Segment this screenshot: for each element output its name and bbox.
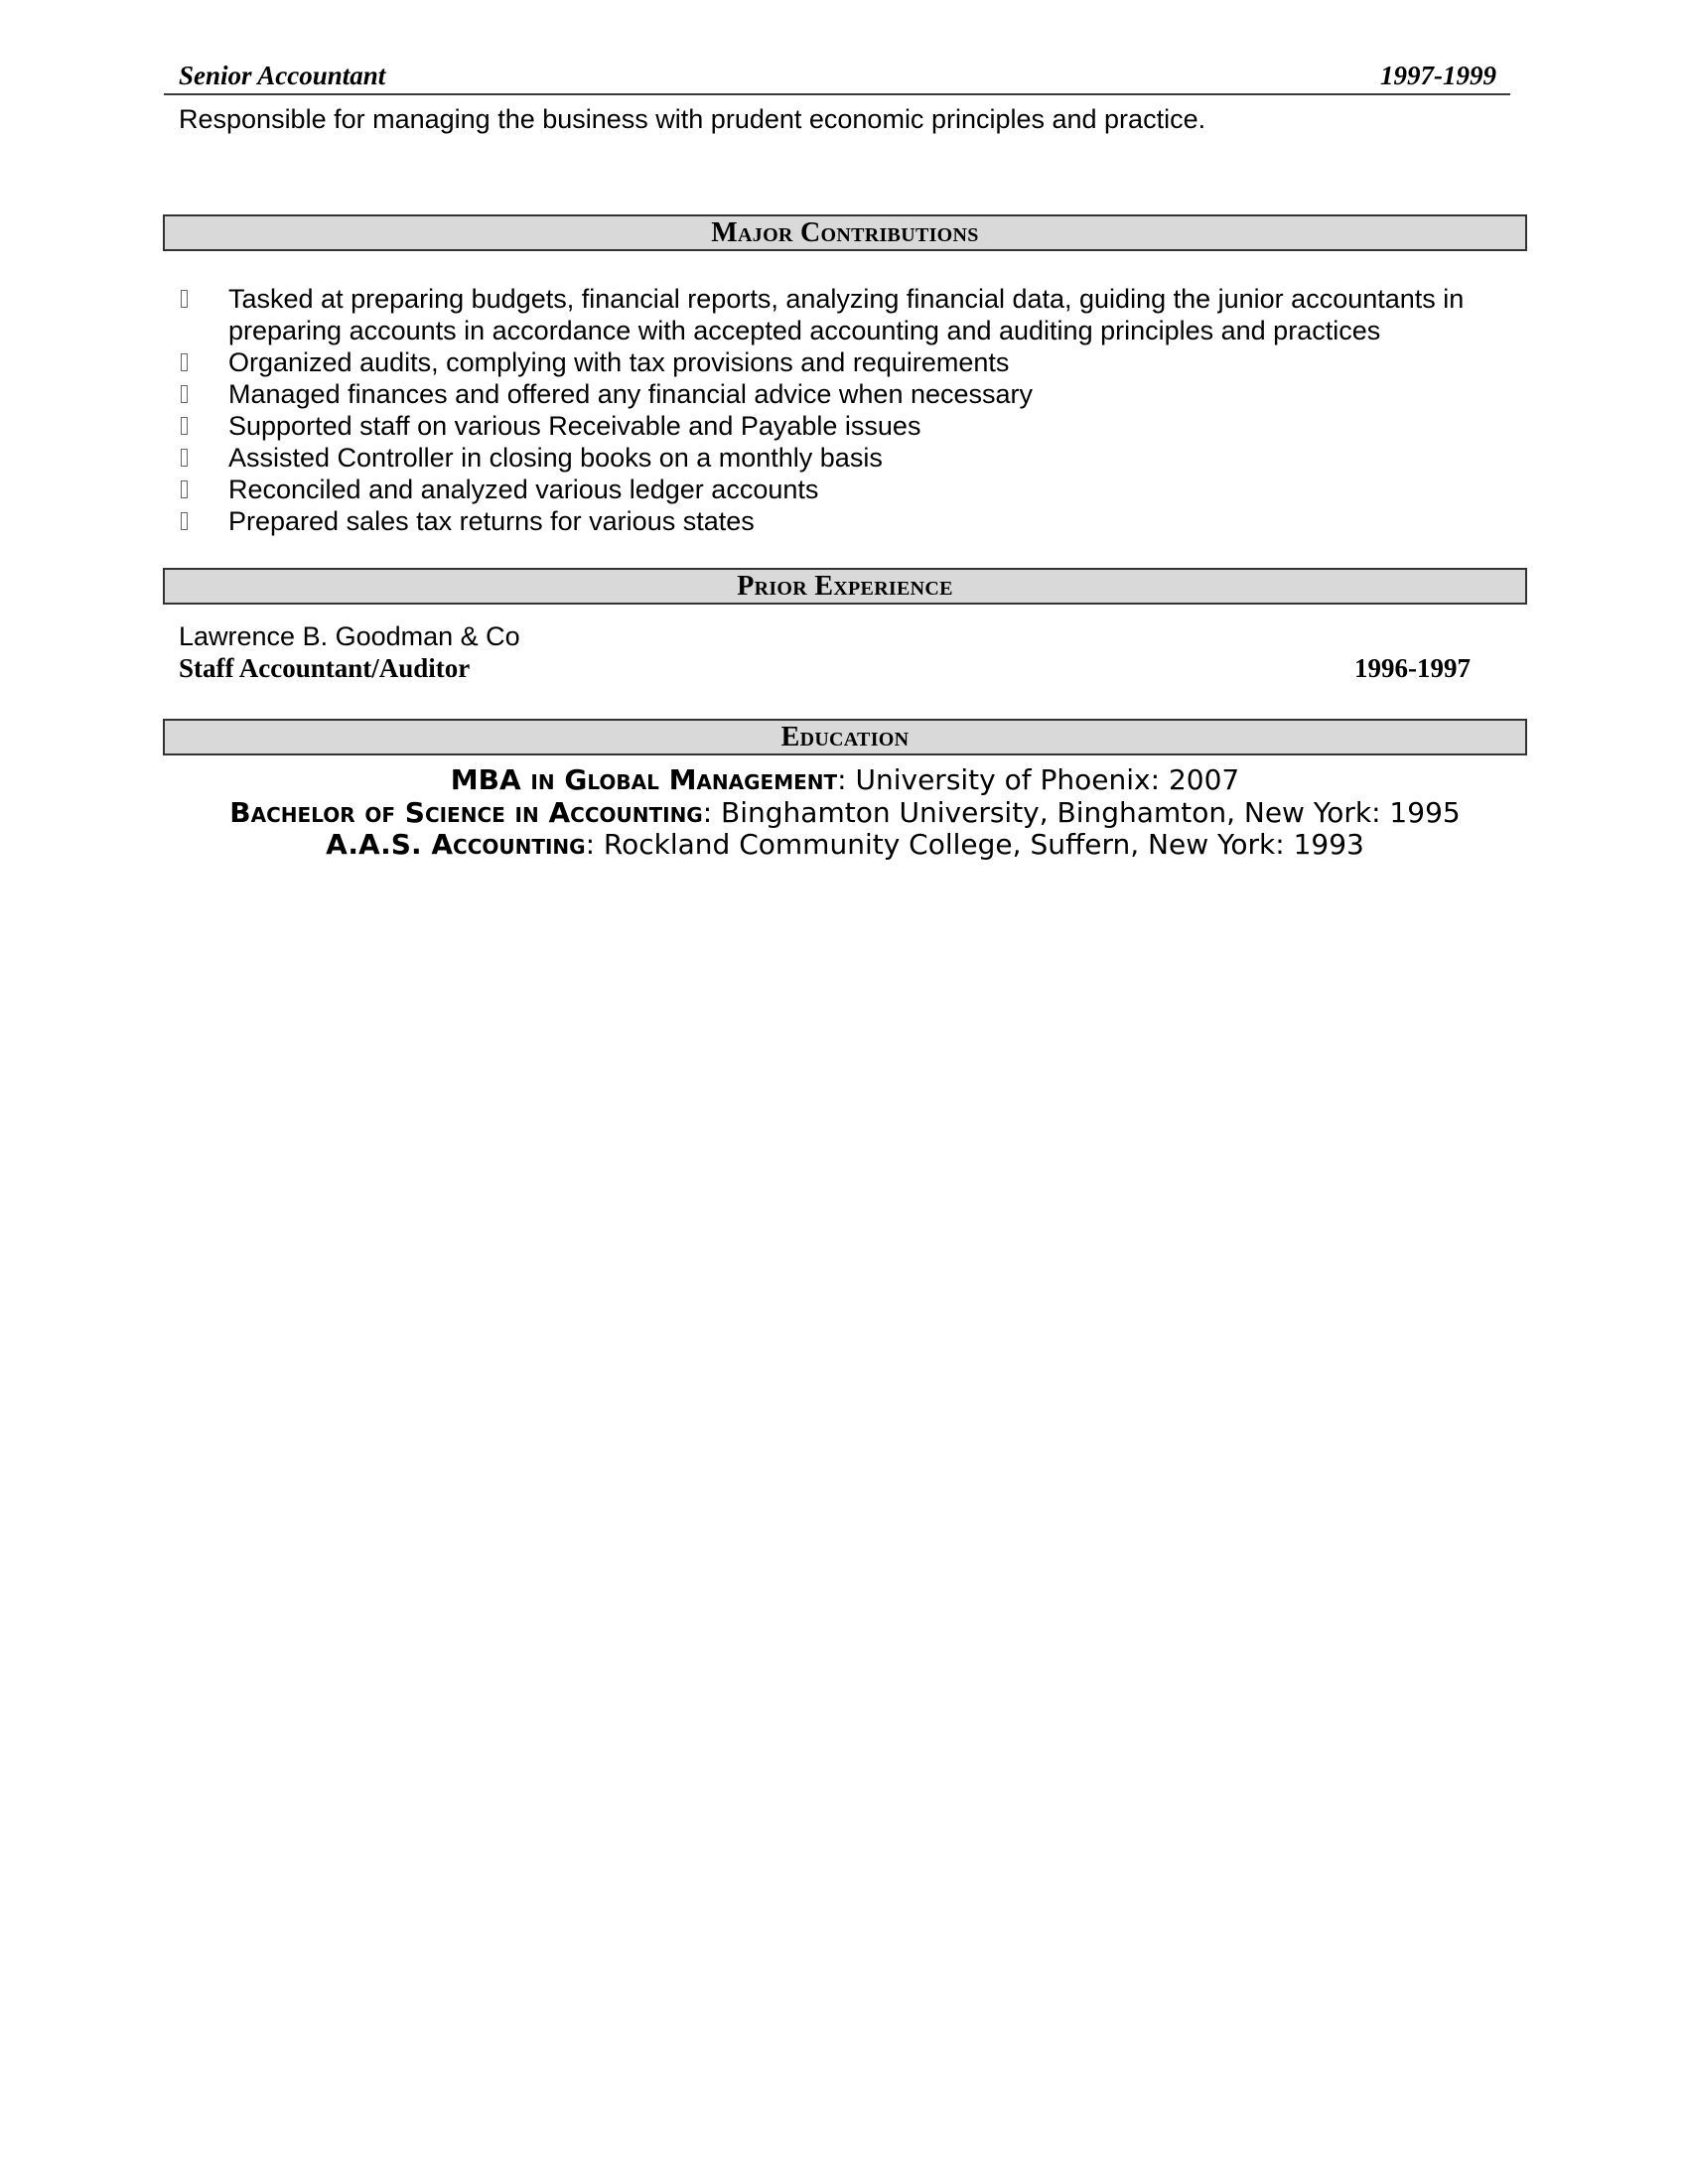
education-detail: : Binghamton University, Binghamton, New… (703, 796, 1461, 829)
education-entry: A.A.S. Accounting: Rockland Community Co… (163, 829, 1527, 862)
job-description: Responsible for managing the business wi… (179, 103, 1205, 135)
list-item: Prepared sales tax returns for various s… (179, 505, 1529, 537)
list-item-text: Organized audits, complying with tax pro… (228, 347, 1009, 377)
bullet-box-icon (181, 512, 188, 530)
education-detail: : Rockland Community College, Suffern, N… (586, 828, 1364, 861)
prior-company: Lawrence B. Goodman & Co (179, 620, 520, 652)
list-item-text: Managed finances and offered any financi… (228, 379, 1033, 409)
education-degree: A.A.S. Accounting (326, 828, 585, 861)
education-degree: Bachelor of Science in Accounting (229, 796, 702, 829)
education-degree: MBA in Global Management (451, 763, 837, 796)
section-header-education: Education (163, 719, 1527, 755)
bullet-box-icon (181, 353, 188, 371)
education-list: MBA in Global Management: University of … (163, 764, 1527, 862)
list-item-text: Prepared sales tax returns for various s… (228, 506, 755, 536)
list-item: Tasked at preparing budgets, financial r… (179, 283, 1529, 346)
section-header-prior-experience: Prior Experience (163, 568, 1527, 605)
list-item: Reconciled and analyzed various ledger a… (179, 474, 1529, 505)
job-dates: 1997-1999 (1380, 61, 1496, 91)
job-title: Senior Accountant (179, 61, 385, 91)
education-detail: : University of Phoenix: 2007 (837, 763, 1239, 796)
section-header-major-contributions: Major Contributions (163, 214, 1527, 251)
list-item-text: Tasked at preparing budgets, financial r… (228, 284, 1464, 345)
bullet-box-icon (181, 417, 188, 435)
resume-page: Senior Accountant 1997-1999 Responsible … (0, 0, 1688, 2184)
job-header: Senior Accountant 1997-1999 (164, 56, 1510, 95)
list-item: Assisted Controller in closing books on … (179, 442, 1529, 474)
list-item-text: Assisted Controller in closing books on … (228, 443, 883, 473)
bullet-box-icon (181, 385, 188, 403)
list-item: Organized audits, complying with tax pro… (179, 346, 1529, 378)
list-item-text: Reconciled and analyzed various ledger a… (228, 475, 818, 504)
contributions-list: Tasked at preparing budgets, financial r… (179, 283, 1529, 537)
education-entry: MBA in Global Management: University of … (163, 764, 1527, 797)
bullet-box-icon (181, 480, 188, 498)
list-item: Managed finances and offered any financi… (179, 378, 1529, 410)
list-item: Supported staff on various Receivable an… (179, 410, 1529, 442)
education-entry: Bachelor of Science in Accounting: Bingh… (163, 797, 1527, 830)
bullet-box-icon (181, 449, 188, 467)
list-item-text: Supported staff on various Receivable an… (228, 411, 920, 441)
prior-dates: 1996-1997 (1354, 652, 1471, 684)
prior-role: Staff Accountant/Auditor (179, 652, 470, 684)
bullet-box-icon (181, 290, 188, 308)
